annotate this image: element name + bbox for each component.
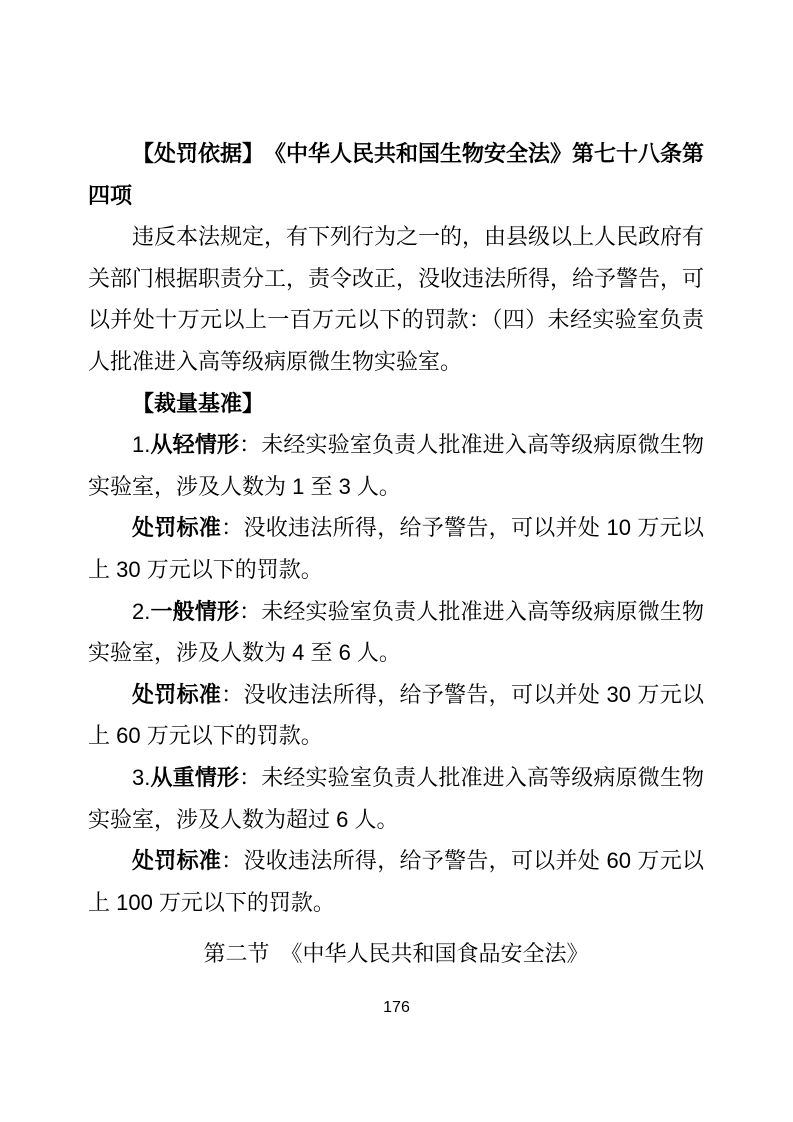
section-heading: 第二节 《中华人民共和国食品安全法》 <box>88 933 704 975</box>
text-run: 3. <box>132 765 150 790</box>
text-run: 【裁量基准】 <box>132 391 264 416</box>
text-run: 从轻情形 <box>150 432 239 457</box>
text-run: 1. <box>132 432 150 457</box>
document-body: 【处罚依据】 《中华人民共和国生物安全法》第七十八条第四项违反本法规定，有下列行… <box>88 133 704 975</box>
page-number: 176 <box>0 998 793 1018</box>
text-run: 第二节 《中华人民共和国食品安全法》 <box>203 941 588 966</box>
penalty-basis-heading: 【处罚依据】 《中华人民共和国生物安全法》第七十八条第四项 <box>88 133 704 216</box>
text-run: 从重情形 <box>150 765 239 790</box>
text-run: 2. <box>132 599 150 624</box>
text-run: 违反本法规定，有下列行为之一的，由县级以上人民政府有关部门根据职责分工，责令改正… <box>88 224 704 374</box>
text-run: 一般情形 <box>150 599 239 624</box>
text-run: 【处罚依据】 《中华人民共和国生物安全法》第七十八条第四项 <box>88 141 704 208</box>
text-run: 处罚标准 <box>132 515 221 540</box>
discretion-benchmark-heading: 【裁量基准】 <box>88 383 704 425</box>
law-excerpt-paragraph: 违反本法规定，有下列行为之一的，由县级以上人民政府有关部门根据职责分工，责令改正… <box>88 216 704 382</box>
text-run: 处罚标准 <box>132 848 221 873</box>
light-penalty-standard-paragraph: 处罚标准：没收违法所得，给予警告，可以并处 10 万元以上 30 万元以下的罚款… <box>88 507 704 590</box>
general-penalty-standard-paragraph: 处罚标准：没收违法所得，给予警告，可以并处 30 万元以上 60 万元以下的罚款… <box>88 674 704 757</box>
document-page: 【处罚依据】 《中华人民共和国生物安全法》第七十八条第四项违反本法规定，有下列行… <box>0 0 793 1122</box>
text-run: 处罚标准 <box>132 682 221 707</box>
heavy-circumstance-paragraph: 3.从重情形：未经实验室负责人批准进入高等级病原微生物实验室，涉及人数为超过 6… <box>88 757 704 840</box>
general-circumstance-paragraph: 2.一般情形：未经实验室负责人批准进入高等级病原微生物实验室，涉及人数为 4 至… <box>88 591 704 674</box>
heavy-penalty-standard-paragraph: 处罚标准：没收违法所得，给予警告，可以并处 60 万元以上 100 万元以下的罚… <box>88 840 704 923</box>
light-circumstance-paragraph: 1.从轻情形：未经实验室负责人批准进入高等级病原微生物实验室，涉及人数为 1 至… <box>88 424 704 507</box>
